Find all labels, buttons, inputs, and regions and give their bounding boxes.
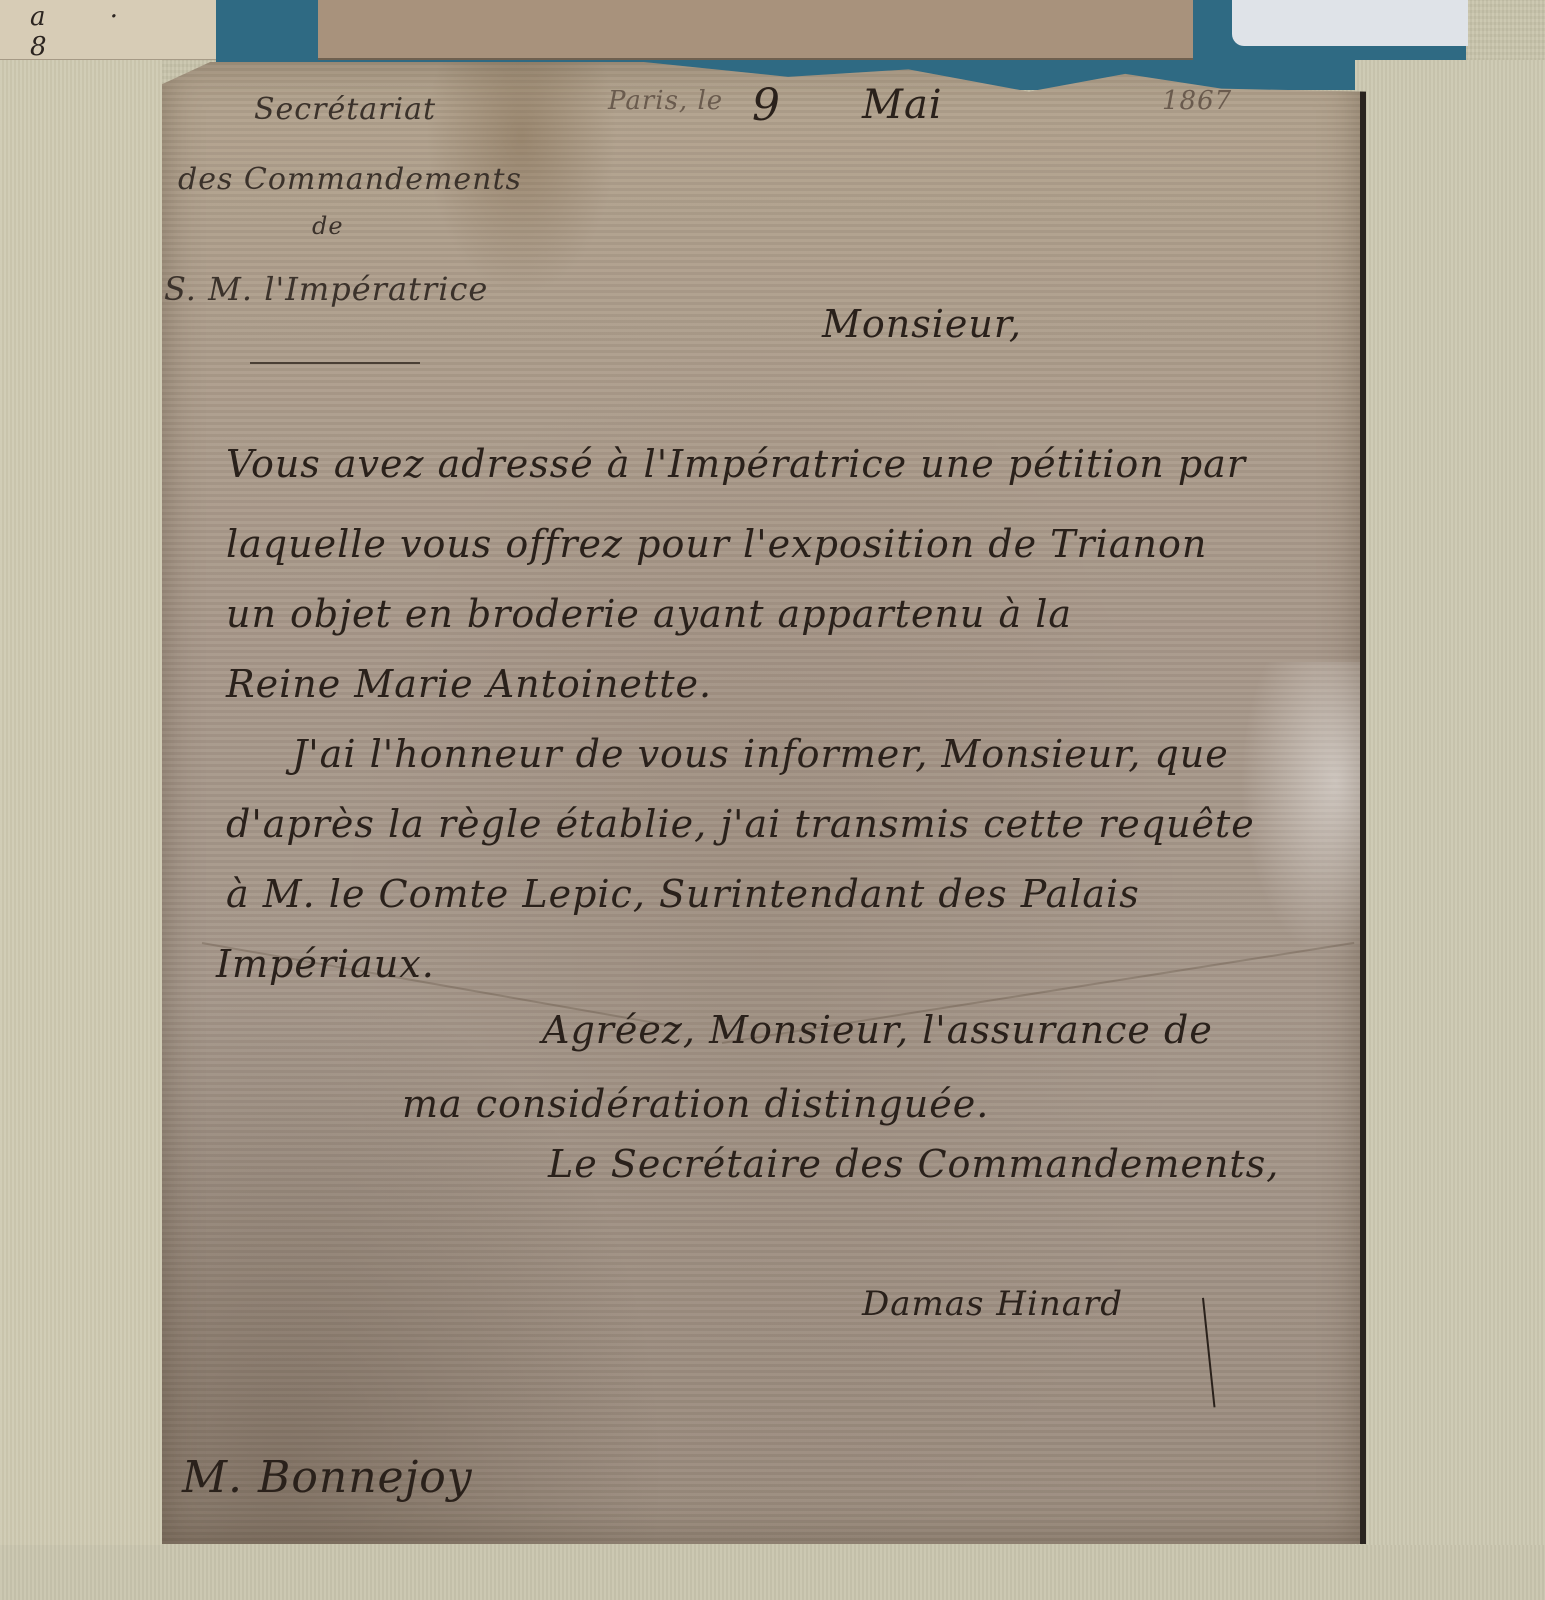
- scrap-text: a · 8: [30, 2, 216, 62]
- mat-left: [0, 60, 162, 1600]
- body-line-8: Impériaux.: [216, 942, 435, 986]
- body-line-1: Vous avez adressé à l'Impératrice une pé…: [226, 442, 1246, 486]
- signature: Damas Hinard: [862, 1284, 1123, 1324]
- adjacent-paper-strip: [318, 0, 1193, 60]
- letterhead-line-2: des Commandements: [178, 162, 522, 197]
- closing-title: Le Secrétaire des Commandements,: [548, 1142, 1279, 1186]
- body-line-4: Reine Marie Antoinette.: [226, 662, 712, 706]
- dateline-year: 1867: [1162, 86, 1232, 116]
- letter-document: Secrétariat des Commandements de S. M. l…: [162, 62, 1366, 1544]
- dateline-month: Mai: [862, 82, 943, 128]
- signature-flourish: [1202, 1298, 1215, 1408]
- dateline-day: 9: [752, 80, 781, 131]
- body-line-2: laquelle vous offrez pour l'exposition d…: [226, 522, 1207, 566]
- mat-bottom: [0, 1545, 1545, 1600]
- dateline-place: Paris, le: [608, 86, 723, 116]
- adjacent-white-card: [1232, 0, 1468, 46]
- letterhead-rule: [250, 362, 420, 364]
- glass-glare: [1240, 662, 1360, 962]
- letterhead-line-1: Secrétariat: [254, 92, 436, 127]
- letterhead-line-3: de: [312, 212, 344, 240]
- letterhead-line-4: S. M. l'Impératrice: [164, 270, 488, 308]
- body-line-3: un objet en broderie ayant appartenu à l…: [226, 592, 1072, 636]
- salutation: Monsieur,: [822, 302, 1022, 346]
- mat-right: [1355, 60, 1545, 1600]
- body-line-6: d'après la règle établie, j'ai transmis …: [226, 802, 1255, 846]
- body-line-5: J'ai l'honneur de vous informer, Monsieu…: [292, 732, 1229, 776]
- adjacent-document-scrap: a · 8: [0, 0, 216, 60]
- closing-line-1: Agréez, Monsieur, l'assurance de: [542, 1008, 1213, 1052]
- addressee: M. Bonnejoy: [182, 1452, 473, 1503]
- closing-line-2: ma considération distinguée.: [402, 1082, 989, 1126]
- body-line-7: à M. le Comte Lepic, Surintendant des Pa…: [226, 872, 1140, 916]
